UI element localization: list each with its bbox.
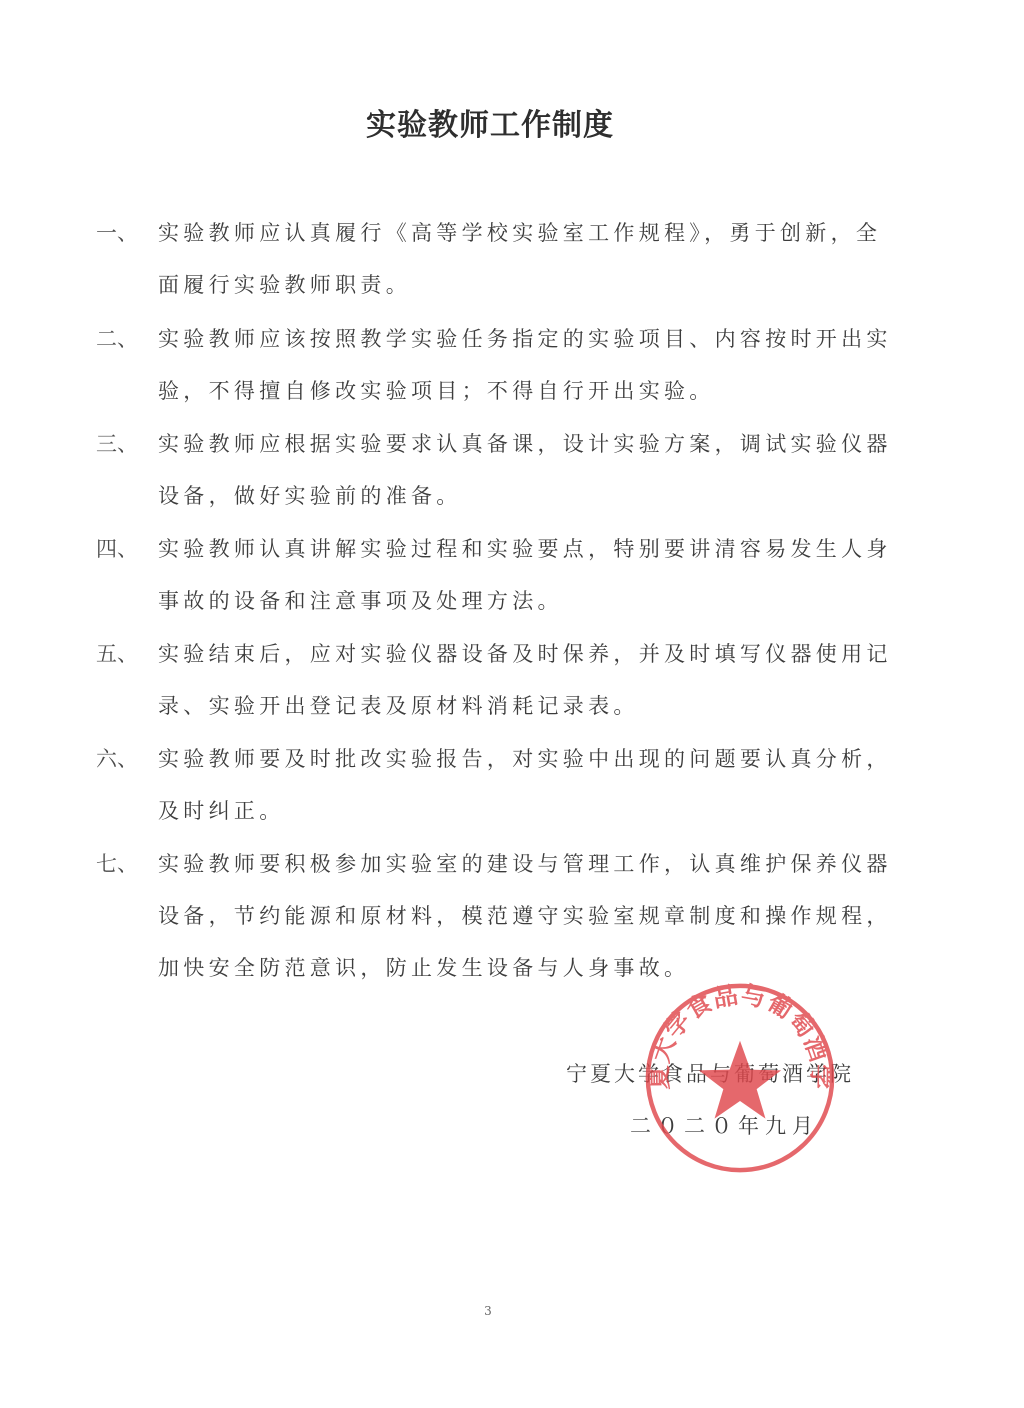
document-title: 实验教师工作制度 — [0, 100, 980, 144]
clause-item: 四、 实验教师认真讲解实验过程和实验要点，特别要讲清容易发生人身事故的设备和注意… — [96, 523, 896, 627]
clause-item: 一、 实验教师应认真履行《高等学校实验室工作规程》，勇于创新，全面履行实验教师职… — [96, 207, 896, 311]
clause-number: 四、 — [96, 523, 158, 575]
clause-number: 三、 — [96, 418, 158, 470]
clause-item: 六、 实验教师要及时批改实验报告，对实验中出现的问题要认真分析，及时纠正。 — [96, 733, 896, 837]
clause-text: 实验教师应根据实验要求认真备课，设计实验方案，调试实验仪器设备，做好实验前的准备… — [158, 418, 896, 522]
clause-text: 实验教师要积极参加实验室的建设与管理工作，认真维护保养仪器设备，节约能源和原材料… — [158, 838, 896, 994]
clause-text: 实验教师应认真履行《高等学校实验室工作规程》，勇于创新，全面履行实验教师职责。 — [158, 207, 896, 311]
clause-number: 一、 — [96, 207, 158, 259]
clause-item: 三、 实验教师应根据实验要求认真备课，设计实验方案，调试实验仪器设备，做好实验前… — [96, 418, 896, 522]
clause-number: 二、 — [96, 313, 158, 365]
clause-number: 五、 — [96, 628, 158, 680]
clause-item: 五、 实验结束后，应对实验仪器设备及时保养，并及时填写仪器使用记录、实验开出登记… — [96, 628, 896, 732]
clause-text: 实验结束后，应对实验仪器设备及时保养，并及时填写仪器使用记录、实验开出登记表及原… — [158, 628, 896, 732]
clause-text: 实验教师应该按照教学实验任务指定的实验项目、内容按时开出实验，不得擅自修改实验项… — [158, 313, 896, 417]
clause-text: 实验教师认真讲解实验过程和实验要点，特别要讲清容易发生人身事故的设备和注意事项及… — [158, 523, 896, 627]
document-page: 实验教师工作制度 一、 实验教师应认真履行《高等学校实验室工作规程》，勇于创新，… — [0, 0, 1024, 1408]
clause-item: 七、 实验教师要积极参加实验室的建设与管理工作，认真维护保养仪器设备，节约能源和… — [96, 838, 896, 994]
signature-block: 宁夏大学食品与葡萄酒学院 二０二０年九月 — [566, 1048, 886, 1152]
signature-organization: 宁夏大学食品与葡萄酒学院 — [566, 1048, 886, 1100]
clause-text: 实验教师要及时批改实验报告，对实验中出现的问题要认真分析，及时纠正。 — [158, 733, 896, 837]
clause-list: 一、 实验教师应认真履行《高等学校实验室工作规程》，勇于创新，全面履行实验教师职… — [96, 207, 896, 994]
clause-number: 七、 — [96, 838, 158, 890]
page-number: 3 — [0, 1304, 976, 1318]
signature-date: 二０二０年九月 — [630, 1100, 886, 1152]
clause-number: 六、 — [96, 733, 158, 785]
clause-item: 二、 实验教师应该按照教学实验任务指定的实验项目、内容按时开出实验，不得擅自修改… — [96, 313, 896, 417]
